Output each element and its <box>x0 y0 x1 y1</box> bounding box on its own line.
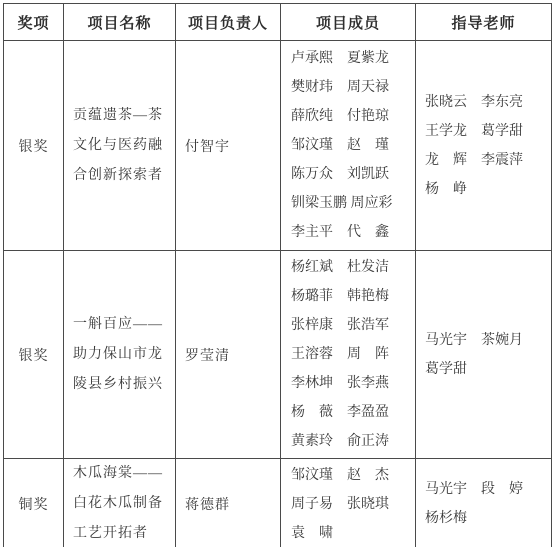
table-row: 银奖 贡蕴遗茶—茶 文化与医药融 合创新探索者 付智宇 卢承熙 夏紫龙 樊财玮 … <box>4 41 552 251</box>
cell-award: 银奖 <box>4 41 64 251</box>
cell-project-name: 一斛百应—— 助力保山市龙 陵县乡村振兴 <box>64 251 176 459</box>
header-project-leader: 项目负责人 <box>176 4 281 41</box>
awards-table: 奖项 项目名称 项目负责人 项目成员 指导老师 银奖 贡蕴遗茶—茶 文化与医药融… <box>3 3 552 547</box>
cell-award: 银奖 <box>4 251 64 459</box>
cell-award: 铜奖 <box>4 459 64 547</box>
cell-project-name: 木瓜海棠—— 白花木瓜制备 工艺开拓者 <box>64 459 176 547</box>
document-page: 奖项 项目名称 项目负责人 项目成员 指导老师 银奖 贡蕴遗茶—茶 文化与医药融… <box>0 3 554 547</box>
cell-advisors: 马光宇 茶婉月 葛学甜 <box>416 251 552 459</box>
header-advisors: 指导老师 <box>416 4 552 41</box>
cell-project-name: 贡蕴遗茶—茶 文化与医药融 合创新探索者 <box>64 41 176 251</box>
cell-advisors: 马光宇 段 婷 杨杉梅 <box>416 459 552 547</box>
cell-project-leader: 付智宇 <box>176 41 281 251</box>
header-award: 奖项 <box>4 4 64 41</box>
header-project-name: 项目名称 <box>64 4 176 41</box>
cell-project-members: 杨红斌 杜发洁 杨璐菲 韩艳梅 张梓康 张浩军 王溶蓉 周 阵 李林坤 张李燕 … <box>281 251 416 459</box>
header-row: 奖项 项目名称 项目负责人 项目成员 指导老师 <box>4 4 552 41</box>
cell-project-members: 邹汶瑾 赵 杰 周子易 张晓琪 袁 啸 <box>281 459 416 547</box>
cell-advisors: 张晓云 李东亮 王学龙 葛学甜 龙 辉 李震萍 杨 峥 <box>416 41 552 251</box>
cell-project-leader: 罗莹清 <box>176 251 281 459</box>
header-project-members: 项目成员 <box>281 4 416 41</box>
cell-project-leader: 蒋德群 <box>176 459 281 547</box>
cell-project-members: 卢承熙 夏紫龙 樊财玮 周天禄 薛欣纯 付艳琼 邹汶瑾 赵 瑾 陈万众 刘凯跃 … <box>281 41 416 251</box>
table-row: 铜奖 木瓜海棠—— 白花木瓜制备 工艺开拓者 蒋德群 邹汶瑾 赵 杰 周子易 张… <box>4 459 552 547</box>
table-row: 银奖 一斛百应—— 助力保山市龙 陵县乡村振兴 罗莹清 杨红斌 杜发洁 杨璐菲 … <box>4 251 552 459</box>
